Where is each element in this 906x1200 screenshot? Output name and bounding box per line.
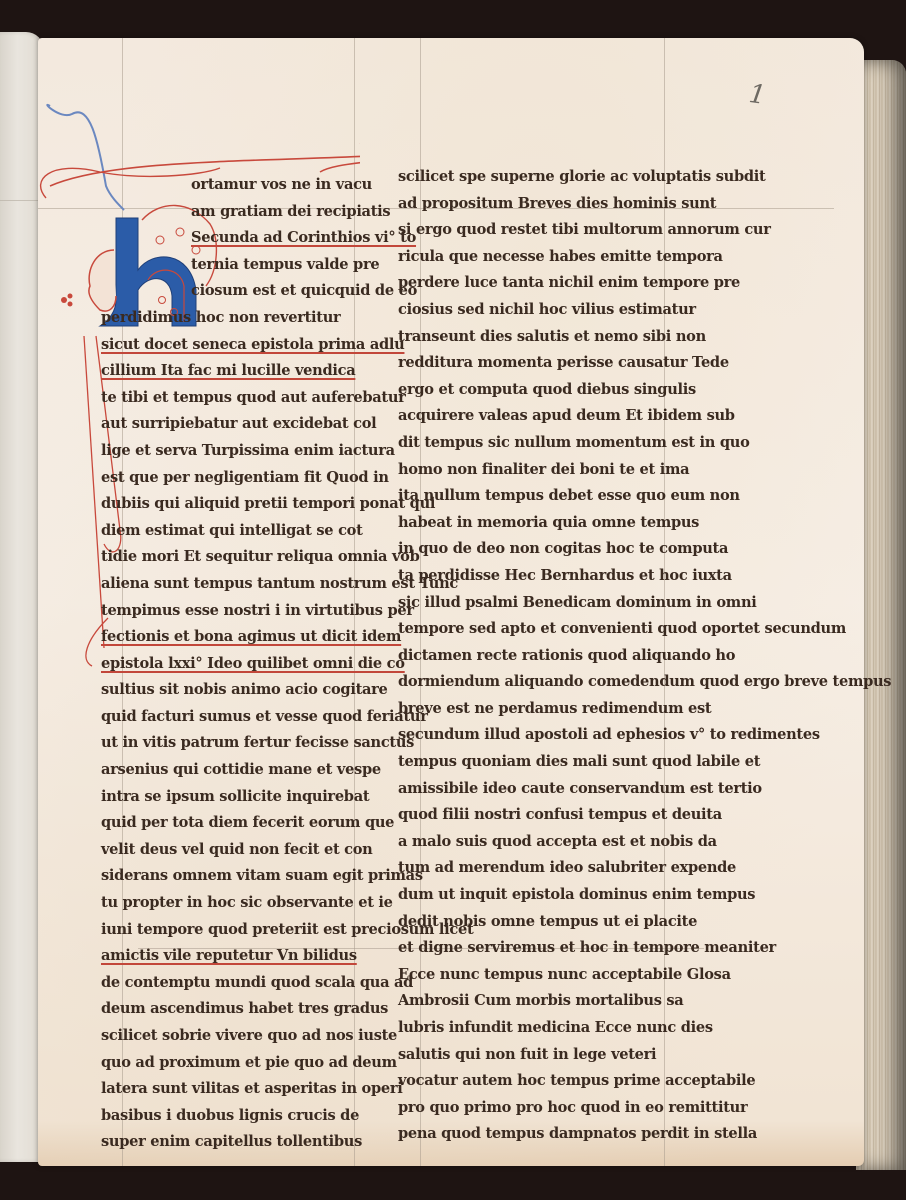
text-line: si ergo quod restet tibi multorum annoru… <box>398 217 680 244</box>
text-line: ternia tempus valde pre <box>101 252 357 279</box>
text-line: ciosius sed nichil hoc vilius estimatur <box>398 297 680 324</box>
text-line: breve est ne perdamus redimendum est <box>398 696 680 723</box>
text-line: ita nullum tempus debet esse quo eum non <box>398 483 680 510</box>
text-line: epistola lxxi° Ideo quilibet omni die co <box>101 651 357 678</box>
text-line: lige et serva Turpissima enim iactura <box>101 438 357 465</box>
text-line: amissibile ideo caute conservandum est t… <box>398 776 680 803</box>
text-line: redditura momenta perisse causatur Tede <box>398 350 680 377</box>
text-line: tum ad merendum ideo salubriter expende <box>398 855 680 882</box>
text-line: Secunda ad Corinthios vi° to <box>101 225 357 252</box>
text-line: salutis qui non fuit in lege veteri <box>398 1042 680 1069</box>
text-line: perdidimus hoc non revertitur <box>101 305 357 332</box>
text-line: iuni tempore quod preteriit est preciosu… <box>101 917 357 944</box>
text-line: pro quo primo pro hoc quod in eo remitti… <box>398 1095 680 1122</box>
text-line: basibus i duobus lignis crucis de <box>101 1103 357 1130</box>
text-line: quod filii nostri confusi tempus et deui… <box>398 802 680 829</box>
text-line: cillium Ita fac mi lucille vendica <box>101 358 357 385</box>
text-line: velit deus vel quid non fecit et con <box>101 837 357 864</box>
text-line: sicut docet seneca epistola prima adlu <box>101 332 357 359</box>
text-line: ortamur vos ne in vacu <box>101 172 357 199</box>
text-line: arsenius qui cottidie mane et vespe <box>101 757 357 784</box>
text-line: ciosum est et quicquid de eo <box>101 278 357 305</box>
text-line: amictis vile reputetur Vn bilidus <box>101 943 357 970</box>
text-line: vocatur autem hoc tempus prime acceptabi… <box>398 1068 680 1095</box>
text-line: dormiendum aliquando comedendum quod erg… <box>398 669 680 696</box>
text-line: et digne serviremus et hoc in tempore me… <box>398 935 680 962</box>
text-line: fectionis et bona agimus ut dicit idem <box>101 624 357 651</box>
text-line: pena quod tempus dampnatos perdit in ste… <box>398 1121 680 1148</box>
text-line: lubris infundit medicina Ecce nunc dies <box>398 1015 680 1042</box>
text-line: habeat in memoria quia omne tempus <box>398 510 680 537</box>
text-line: am gratiam dei recipiatis <box>101 199 357 226</box>
text-line: siderans omnem vitam suam egit primas <box>101 863 357 890</box>
text-line: super enim capitellus tollentibus <box>101 1129 357 1156</box>
text-line: acquirere valeas apud deum Et ibidem sub <box>398 403 680 430</box>
text-line: secundum illud apostoli ad ephesios v° t… <box>398 722 680 749</box>
text-line: est que per negligentiam fit Quod in <box>101 465 357 492</box>
text-line: dedit nobis omne tempus ut ei placite <box>398 909 680 936</box>
text-line: quo ad proximum et pie quo ad deum <box>101 1050 357 1077</box>
text-line: quid per tota diem fecerit eorum que <box>101 810 357 837</box>
text-line: Ecce nunc tempus nunc acceptabile Glosa <box>398 962 680 989</box>
text-line: de contemptu mundi quod scala qua ad <box>101 970 357 997</box>
text-line: dum ut inquit epistola dominus enim temp… <box>398 882 680 909</box>
text-line: diem estimat qui intelligat se cot <box>101 518 357 545</box>
text-line: sic illud psalmi Benedicam dominum in om… <box>398 590 680 617</box>
text-line: a malo suis quod accepta est et nobis da <box>398 829 680 856</box>
text-line: dit tempus sic nullum momentum est in qu… <box>398 430 680 457</box>
text-line: tu propter in hoc sic observante et ie <box>101 890 357 917</box>
folio-number: 1 <box>747 79 768 111</box>
text-line: homo non finaliter dei boni te et ima <box>398 457 680 484</box>
text-line: tempimus esse nostri i in virtutibus per <box>101 598 357 625</box>
text-line: in quo de deo non cogitas hoc te computa <box>398 536 680 563</box>
text-line: scilicet sobrie vivere quo ad nos iuste <box>101 1023 357 1050</box>
text-line: tidie mori Et sequitur reliqua omnia vob <box>101 544 357 571</box>
text-line: intra se ipsum sollicite inquirebat <box>101 784 357 811</box>
text-line: te tibi et tempus quod aut auferebatur <box>101 385 357 412</box>
text-line: tempore sed apto et convenienti quod opo… <box>398 616 680 643</box>
text-line: aut surripiebatur aut excidebat col <box>101 411 357 438</box>
text-line: scilicet spe superne glorie ac voluptati… <box>398 164 680 191</box>
text-line: ricula que necesse habes emitte tempora <box>398 244 680 271</box>
text-line: latera sunt vilitas et asperitas in oper… <box>101 1076 357 1103</box>
scan-scene: 1 ortamur vos ne in vacuam gratiam dei r… <box>0 0 906 1200</box>
text-line: dictamen recte rationis quod aliquando h… <box>398 643 680 670</box>
text-line: Ambrosii Cum morbis mortalibus sa <box>398 988 680 1015</box>
text-line: dubiis qui aliquid pretii tempori ponat … <box>101 491 357 518</box>
text-line: ta perdidisse Hec Bernhardus et hoc iuxt… <box>398 563 680 590</box>
text-line: ad propositum Breves dies hominis sunt <box>398 191 680 218</box>
text-line: ergo et computa quod diebus singulis <box>398 377 680 404</box>
text-line: quid facturi sumus et vesse quod feriatu… <box>101 704 357 731</box>
text-line: transeunt dies salutis et nemo sibi non <box>398 324 680 351</box>
text-line: tempus quoniam dies mali sunt quod labil… <box>398 749 680 776</box>
text-line: ut in vitis patrum fertur fecisse sanctu… <box>101 730 357 757</box>
text-line: deum ascendimus habet tres gradus <box>101 996 357 1023</box>
text-column-right: scilicet spe superne glorie ac voluptati… <box>398 164 680 1148</box>
text-line: sultius sit nobis animo acio cogitare <box>101 677 357 704</box>
text-line: perdere luce tanta nichil enim tempore p… <box>398 270 680 297</box>
text-column-left: ortamur vos ne in vacuam gratiam dei rec… <box>101 172 357 1156</box>
text-line: aliena sunt tempus tantum nostrum est Tu… <box>101 571 357 598</box>
